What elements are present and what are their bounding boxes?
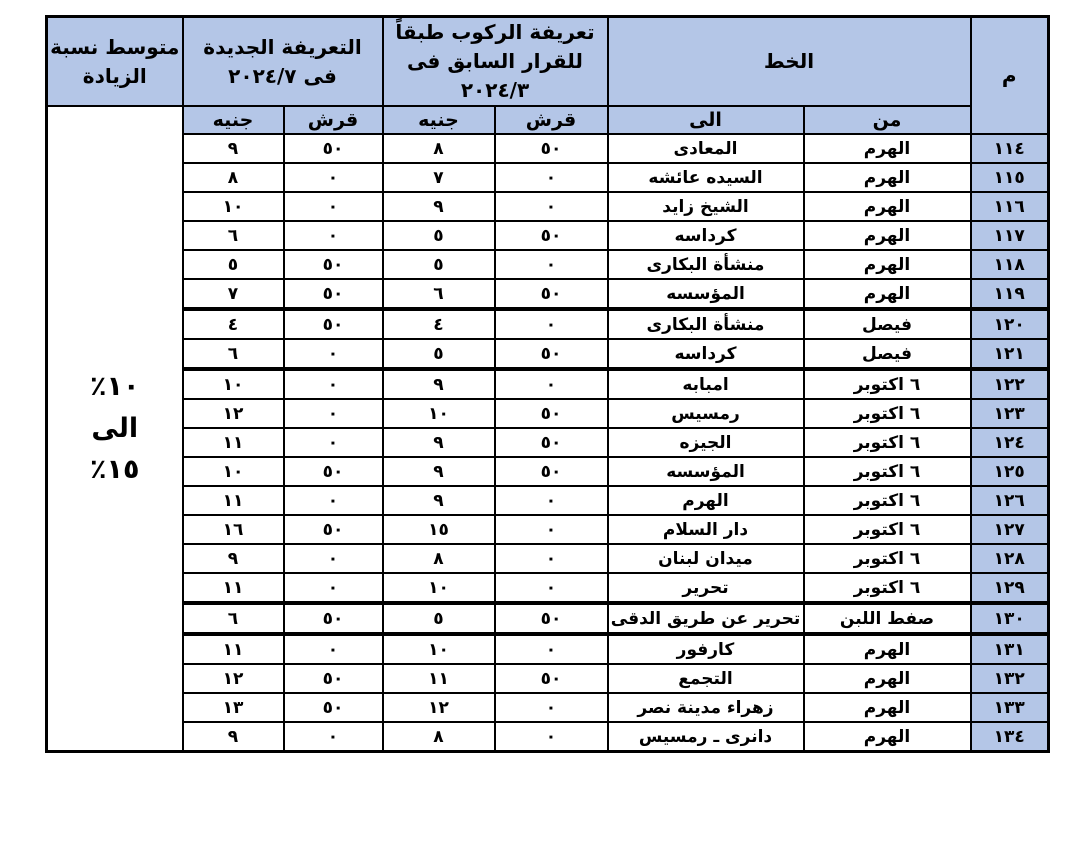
new-piasters-cell: ٥٠ <box>284 515 383 544</box>
serial-cell: ١١٦ <box>971 192 1049 221</box>
old-pounds-cell: ١٥ <box>383 515 495 544</box>
table-row: ١٣٤الهرمدانرى ـ رمسيس٠٨٠٩ <box>47 722 1049 752</box>
table-row: ١٢٨٦ اكتوبرميدان لبنان٠٨٠٩ <box>47 544 1049 573</box>
new-piasters-cell: ٥٠ <box>284 693 383 722</box>
to-cell: الهرم <box>608 486 804 515</box>
new-pounds-cell: ١١ <box>183 573 284 603</box>
old-tariff-column-header: تعريفة الركوب طبقاً للقرار السابق فى ٢٠٢… <box>383 17 608 107</box>
to-cell: المعادى <box>608 134 804 163</box>
from-cell: الهرم <box>804 221 971 250</box>
serial-cell: ١٢٢ <box>971 369 1049 399</box>
header-row-1: م الخط تعريفة الركوب طبقاً للقرار السابق… <box>47 17 1049 107</box>
serial-cell: ١٣٤ <box>971 722 1049 752</box>
avg-increase-column-header: متوسط نسبة الزيادة <box>47 17 183 107</box>
old-pounds-cell: ١٠ <box>383 399 495 428</box>
old-pounds-cell: ٨ <box>383 134 495 163</box>
avg-increase-value-cell: ١٠٪ الى ١٥٪ <box>47 106 183 752</box>
to-column-header: الى <box>608 106 804 134</box>
new-pounds-cell: ١٢ <box>183 664 284 693</box>
old-pounds-cell: ٦ <box>383 279 495 309</box>
to-cell: دانرى ـ رمسيس <box>608 722 804 752</box>
serial-cell: ١١٤ <box>971 134 1049 163</box>
new-pounds-cell: ٤ <box>183 309 284 339</box>
to-cell: كرداسه <box>608 221 804 250</box>
serial-cell: ١٢١ <box>971 339 1049 369</box>
scanned-fare-sheet: م الخط تعريفة الركوب طبقاً للقرار السابق… <box>0 0 1080 859</box>
new-pounds-cell: ١٠ <box>183 457 284 486</box>
to-cell: دار السلام <box>608 515 804 544</box>
table-row: ١١٨الهرممنشأة البكارى٠٥٥٠٥ <box>47 250 1049 279</box>
old-piasters-cell: ٥٠ <box>495 221 608 250</box>
table-row: ١٣٢الهرمالتجمع٥٠١١٥٠١٢ <box>47 664 1049 693</box>
serial-cell: ١٢٦ <box>971 486 1049 515</box>
serial-cell: ١٢٩ <box>971 573 1049 603</box>
to-cell: منشأة البكارى <box>608 309 804 339</box>
old-piasters-cell: ٠ <box>495 309 608 339</box>
from-cell: ٦ اكتوبر <box>804 486 971 515</box>
table-row: ١٢٦٦ اكتوبرالهرم٠٩٠١١ <box>47 486 1049 515</box>
from-cell: ٦ اكتوبر <box>804 544 971 573</box>
old-piasters-cell: ٥٠ <box>495 279 608 309</box>
new-pounds-cell: ٦ <box>183 603 284 634</box>
from-cell: ٦ اكتوبر <box>804 369 971 399</box>
new-piasters-cell: ٠ <box>284 428 383 457</box>
serial-cell: ١٣٠ <box>971 603 1049 634</box>
serial-cell: ١١٩ <box>971 279 1049 309</box>
from-cell: الهرم <box>804 634 971 664</box>
to-cell: رمسيس <box>608 399 804 428</box>
serial-cell: ١١٨ <box>971 250 1049 279</box>
serial-cell: ١١٧ <box>971 221 1049 250</box>
serial-cell: ١٢٤ <box>971 428 1049 457</box>
from-cell: الهرم <box>804 664 971 693</box>
to-cell: المؤسسه <box>608 279 804 309</box>
new-pounds-cell: ١١ <box>183 428 284 457</box>
table-row: ١٢٣٦ اكتوبررمسيس٥٠١٠٠١٢ <box>47 399 1049 428</box>
from-cell: الهرم <box>804 134 971 163</box>
to-cell: الجيزه <box>608 428 804 457</box>
old-pounds-cell: ٨ <box>383 544 495 573</box>
new-piasters-cell: ٠ <box>284 221 383 250</box>
new-piasters-cell: ٥٠ <box>284 457 383 486</box>
from-cell: الهرم <box>804 163 971 192</box>
from-cell: ٦ اكتوبر <box>804 573 971 603</box>
new-piasters-cell: ٠ <box>284 399 383 428</box>
to-cell: السيده عائشه <box>608 163 804 192</box>
new-piasters-cell: ٠ <box>284 634 383 664</box>
from-cell: الهرم <box>804 722 971 752</box>
table-row: ١١٧الهرمكرداسه٥٠٥٠٦ <box>47 221 1049 250</box>
from-cell: الهرم <box>804 250 971 279</box>
from-cell: ٦ اكتوبر <box>804 457 971 486</box>
old-piasters-cell: ٠ <box>495 369 608 399</box>
new-pounds-cell: ٧ <box>183 279 284 309</box>
new-pounds-cell: ٦ <box>183 221 284 250</box>
from-cell: فيصل <box>804 339 971 369</box>
from-cell: ٦ اكتوبر <box>804 399 971 428</box>
new-piasters-cell: ٠ <box>284 573 383 603</box>
fare-table: م الخط تعريفة الركوب طبقاً للقرار السابق… <box>45 15 1050 753</box>
old-piasters-cell: ٠ <box>495 515 608 544</box>
old-piasters-cell: ٥٠ <box>495 457 608 486</box>
new-tariff-column-header: التعريفة الجديدة فى ٢٠٢٤/٧ <box>183 17 383 107</box>
old-piasters-cell: ٠ <box>495 163 608 192</box>
new-pounds-cell: ٨ <box>183 163 284 192</box>
old-piasters-cell: ٠ <box>495 573 608 603</box>
old-pounds-cell: ١٢ <box>383 693 495 722</box>
serial-cell: ١١٥ <box>971 163 1049 192</box>
new-pounds-cell: ١٣ <box>183 693 284 722</box>
header-row-2: من الى قرش جنيه قرش جنيه ١٠٪ الى ١٥٪ <box>47 106 1049 134</box>
to-cell: امبابه <box>608 369 804 399</box>
table-row: ١١٥الهرمالسيده عائشه٠٧٠٨ <box>47 163 1049 192</box>
new-piasters-cell: ٥٠ <box>284 603 383 634</box>
to-cell: كارفور <box>608 634 804 664</box>
old-piasters-cell: ٠ <box>495 486 608 515</box>
new-pounds-cell: ١٦ <box>183 515 284 544</box>
old-pounds-cell: ١٠ <box>383 573 495 603</box>
old-pounds-cell: ٩ <box>383 457 495 486</box>
serial-cell: ١٣٢ <box>971 664 1049 693</box>
table-row: ١٢٤٦ اكتوبرالجيزه٥٠٩٠١١ <box>47 428 1049 457</box>
new-piasters-cell: ٠ <box>284 544 383 573</box>
old-pounds-cell: ٤ <box>383 309 495 339</box>
old-piasters-cell: ٠ <box>495 693 608 722</box>
old-piasters-cell: ٥٠ <box>495 664 608 693</box>
old-pounds-cell: ١١ <box>383 664 495 693</box>
to-cell: منشأة البكارى <box>608 250 804 279</box>
table-row: ١١٩الهرمالمؤسسه٥٠٦٥٠٧ <box>47 279 1049 309</box>
old-piasters-cell: ٠ <box>495 250 608 279</box>
table-row: ١٢٧٦ اكتوبردار السلام٠١٥٥٠١٦ <box>47 515 1049 544</box>
old-piasters-cell: ٠ <box>495 722 608 752</box>
old-pounds-cell: ٥ <box>383 221 495 250</box>
table-row: ١٢٥٦ اكتوبرالمؤسسه٥٠٩٥٠١٠ <box>47 457 1049 486</box>
new-pounds-cell: ١١ <box>183 634 284 664</box>
old-piasters-cell: ٠ <box>495 544 608 573</box>
serial-cell: ١٢٧ <box>971 515 1049 544</box>
new-pounds-cell: ٩ <box>183 722 284 752</box>
from-cell: ٦ اكتوبر <box>804 428 971 457</box>
new-pounds-cell: ٥ <box>183 250 284 279</box>
to-cell: التجمع <box>608 664 804 693</box>
from-column-header: من <box>804 106 971 134</box>
to-cell: ميدان لبنان <box>608 544 804 573</box>
old-piasters-cell: ٥٠ <box>495 134 608 163</box>
to-cell: زهراء مدينة نصر <box>608 693 804 722</box>
table-row: ١٢٠فيصلمنشأة البكارى٠٤٥٠٤ <box>47 309 1049 339</box>
from-cell: صفط اللبن <box>804 603 971 634</box>
table-row: ١٣٠صفط اللبنتحرير عن طريق الدقى٥٠٥٥٠٦ <box>47 603 1049 634</box>
new-piasters-cell: ٠ <box>284 163 383 192</box>
new-pounds-cell: ١٠ <box>183 192 284 221</box>
avg-increase-value: ١٠٪ الى ١٥٪ <box>65 366 165 492</box>
new-pounds-cell: ٩ <box>183 134 284 163</box>
old-pounds-cell: ٩ <box>383 428 495 457</box>
from-cell: ٦ اكتوبر <box>804 515 971 544</box>
old-piasters-cell: ٥٠ <box>495 339 608 369</box>
new-pounds-cell: ١٢ <box>183 399 284 428</box>
new-piasters-cell: ٠ <box>284 486 383 515</box>
old-piasters-cell: ٥٠ <box>495 428 608 457</box>
to-cell: تحرير عن طريق الدقى <box>608 603 804 634</box>
old-pounds-column-header: جنيه <box>383 106 495 134</box>
old-pounds-cell: ٥ <box>383 603 495 634</box>
from-cell: فيصل <box>804 309 971 339</box>
line-column-header: الخط <box>608 17 971 107</box>
new-piasters-cell: ٠ <box>284 339 383 369</box>
old-pounds-cell: ٥ <box>383 339 495 369</box>
to-cell: كرداسه <box>608 339 804 369</box>
to-cell: تحرير <box>608 573 804 603</box>
new-piasters-cell: ٥٠ <box>284 309 383 339</box>
old-pounds-cell: ٩ <box>383 369 495 399</box>
table-row: ١٢٢٦ اكتوبرامبابه٠٩٠١٠ <box>47 369 1049 399</box>
new-pounds-column-header: جنيه <box>183 106 284 134</box>
from-cell: الهرم <box>804 693 971 722</box>
from-cell: الهرم <box>804 279 971 309</box>
to-cell: الشيخ زايد <box>608 192 804 221</box>
new-piasters-cell: ٥٠ <box>284 134 383 163</box>
old-pounds-cell: ٥ <box>383 250 495 279</box>
serial-cell: ١٢٥ <box>971 457 1049 486</box>
new-piasters-cell: ٥٠ <box>284 664 383 693</box>
serial-cell: ١٢٣ <box>971 399 1049 428</box>
old-piasters-cell: ٠ <box>495 634 608 664</box>
serial-cell: ١٣١ <box>971 634 1049 664</box>
old-pounds-cell: ٩ <box>383 486 495 515</box>
new-pounds-cell: ١١ <box>183 486 284 515</box>
serial-column-header: م <box>971 17 1049 135</box>
old-pounds-cell: ٩ <box>383 192 495 221</box>
from-cell: الهرم <box>804 192 971 221</box>
old-piasters-cell: ٥٠ <box>495 399 608 428</box>
serial-cell: ١٢٨ <box>971 544 1049 573</box>
old-piasters-cell: ٠ <box>495 192 608 221</box>
old-pounds-cell: ١٠ <box>383 634 495 664</box>
old-pounds-cell: ٧ <box>383 163 495 192</box>
new-pounds-cell: ٦ <box>183 339 284 369</box>
new-piasters-cell: ٠ <box>284 369 383 399</box>
table-row: ١٢٩٦ اكتوبرتحرير٠١٠٠١١ <box>47 573 1049 603</box>
table-row: ١١٤الهرمالمعادى٥٠٨٥٠٩ <box>47 134 1049 163</box>
new-piasters-cell: ٥٠ <box>284 279 383 309</box>
new-piasters-cell: ٠ <box>284 192 383 221</box>
to-cell: المؤسسه <box>608 457 804 486</box>
serial-cell: ١٢٠ <box>971 309 1049 339</box>
table-row: ١٣١الهرمكارفور٠١٠٠١١ <box>47 634 1049 664</box>
old-piasters-cell: ٥٠ <box>495 603 608 634</box>
new-pounds-cell: ٩ <box>183 544 284 573</box>
new-piasters-column-header: قرش <box>284 106 383 134</box>
old-pounds-cell: ٨ <box>383 722 495 752</box>
old-piasters-column-header: قرش <box>495 106 608 134</box>
table-row: ١١٦الهرمالشيخ زايد٠٩٠١٠ <box>47 192 1049 221</box>
new-piasters-cell: ٠ <box>284 722 383 752</box>
serial-cell: ١٣٣ <box>971 693 1049 722</box>
table-row: ١٣٣الهرمزهراء مدينة نصر٠١٢٥٠١٣ <box>47 693 1049 722</box>
table-row: ١٢١فيصلكرداسه٥٠٥٠٦ <box>47 339 1049 369</box>
new-piasters-cell: ٥٠ <box>284 250 383 279</box>
new-pounds-cell: ١٠ <box>183 369 284 399</box>
